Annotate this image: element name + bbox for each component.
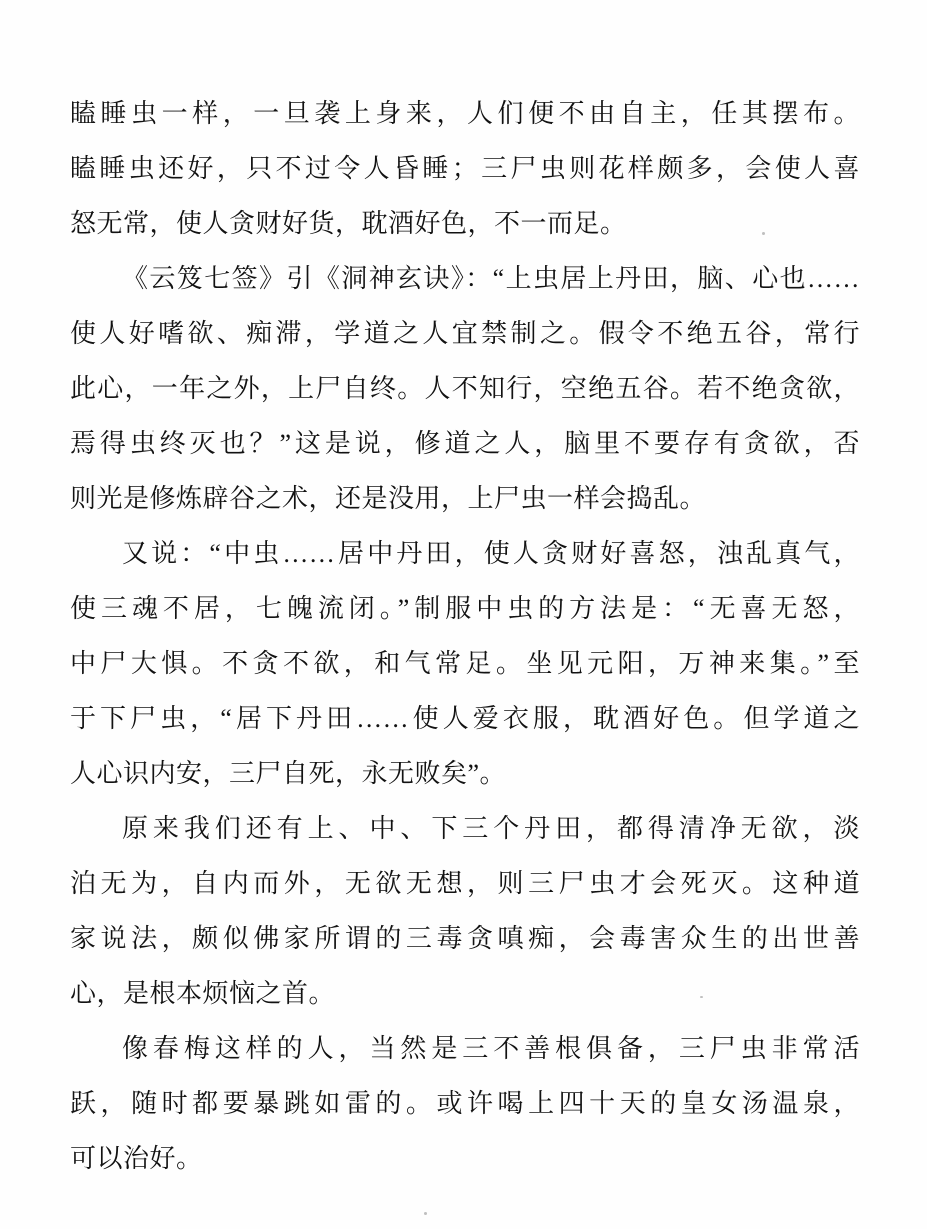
text-line: 像春梅这样的人，当然是三不善根俱备，三尸虫非常活 xyxy=(70,1021,860,1076)
scan-noise-speck xyxy=(848,448,850,451)
text-line: 则光是修炼辟谷之术，还是没用，上尸虫一样会捣乱。 xyxy=(70,471,860,526)
text-line: 中尸大惧。不贪不欲，和气常足。坐见元阳，万神来集。”至 xyxy=(70,636,860,691)
scan-noise-speck xyxy=(424,1212,427,1215)
text-line: 《云笈七签》引《洞神玄诀》：“上虫居上丹田，脑、心也…… xyxy=(70,251,860,306)
scan-noise-speck xyxy=(700,996,703,998)
text-line: 跃，随时都要暴跳如雷的。或许喝上四十天的皇女汤温泉， xyxy=(70,1076,860,1131)
scan-noise-speck xyxy=(762,232,765,235)
text-line: 于下尸虫，“居下丹田……使人爱衣服，耽酒好色。但学道之 xyxy=(70,691,860,746)
text-line: 瞌睡虫一样，一旦袭上身来，人们便不由自主，任其摆布。 xyxy=(70,86,860,141)
paragraph-continuation: 瞌睡虫一样，一旦袭上身来，人们便不由自主，任其摆布。 瞌睡虫还好，只不过令人昏睡… xyxy=(70,86,860,251)
text-line: 怒无常，使人贪财好货，耽酒好色，不一而足。 xyxy=(70,196,860,251)
text-line: 又说：“中虫……居中丹田，使人贪财好喜怒，浊乱真气， xyxy=(70,526,860,581)
text-line: 瞌睡虫还好，只不过令人昏睡；三尸虫则花样颇多，会使人喜 xyxy=(70,141,860,196)
paragraph-quote-middle-lower-worm: 又说：“中虫……居中丹田，使人贪财好喜怒，浊乱真气， 使三魂不居，七魄流闭。”制… xyxy=(70,526,860,801)
text-line: 焉得虫终灭也？”这是说，修道之人，脑里不要存有贪欲，否 xyxy=(70,416,860,471)
text-line: 此心，一年之外，上尸自终。人不知行，空绝五谷。若不绝贪欲， xyxy=(70,361,860,416)
text-line: 可以治好。 xyxy=(70,1131,860,1186)
text-line: 心，是根本烦恼之首。 xyxy=(70,966,860,1021)
text-line: 家说法，颇似佛家所谓的三毒贪嗔痴，会毒害众生的出世善 xyxy=(70,911,860,966)
text-line: 人心识内安，三尸自死，永无败矣”。 xyxy=(70,746,860,801)
text-line: 使三魂不居，七魄流闭。”制服中虫的方法是：“无喜无怒， xyxy=(70,581,860,636)
scan-noise-speck xyxy=(152,430,154,432)
text-line: 原来我们还有上、中、下三个丹田，都得清净无欲，淡 xyxy=(70,801,860,856)
paragraph-three-dantian: 原来我们还有上、中、下三个丹田，都得清净无欲，淡 泊无为，自内而外，无欲无想，则… xyxy=(70,801,860,1021)
text-block: 瞌睡虫一样，一旦袭上身来，人们便不由自主，任其摆布。 瞌睡虫还好，只不过令人昏睡… xyxy=(70,86,860,1186)
paragraph-quote-upper-worm: 《云笈七签》引《洞神玄诀》：“上虫居上丹田，脑、心也…… 使人好嗜欲、痴滞，学道… xyxy=(70,251,860,526)
paragraph-chunmei: 像春梅这样的人，当然是三不善根俱备，三尸虫非常活 跃，随时都要暴跳如雷的。或许喝… xyxy=(70,1021,860,1186)
scanned-book-page: 瞌睡虫一样，一旦袭上身来，人们便不由自主，任其摆布。 瞌睡虫还好，只不过令人昏睡… xyxy=(0,0,927,1229)
text-line: 使人好嗜欲、痴滞，学道之人宜禁制之。假令不绝五谷，常行 xyxy=(70,306,860,361)
text-line: 泊无为，自内而外，无欲无想，则三尸虫才会死灭。这种道 xyxy=(70,856,860,911)
